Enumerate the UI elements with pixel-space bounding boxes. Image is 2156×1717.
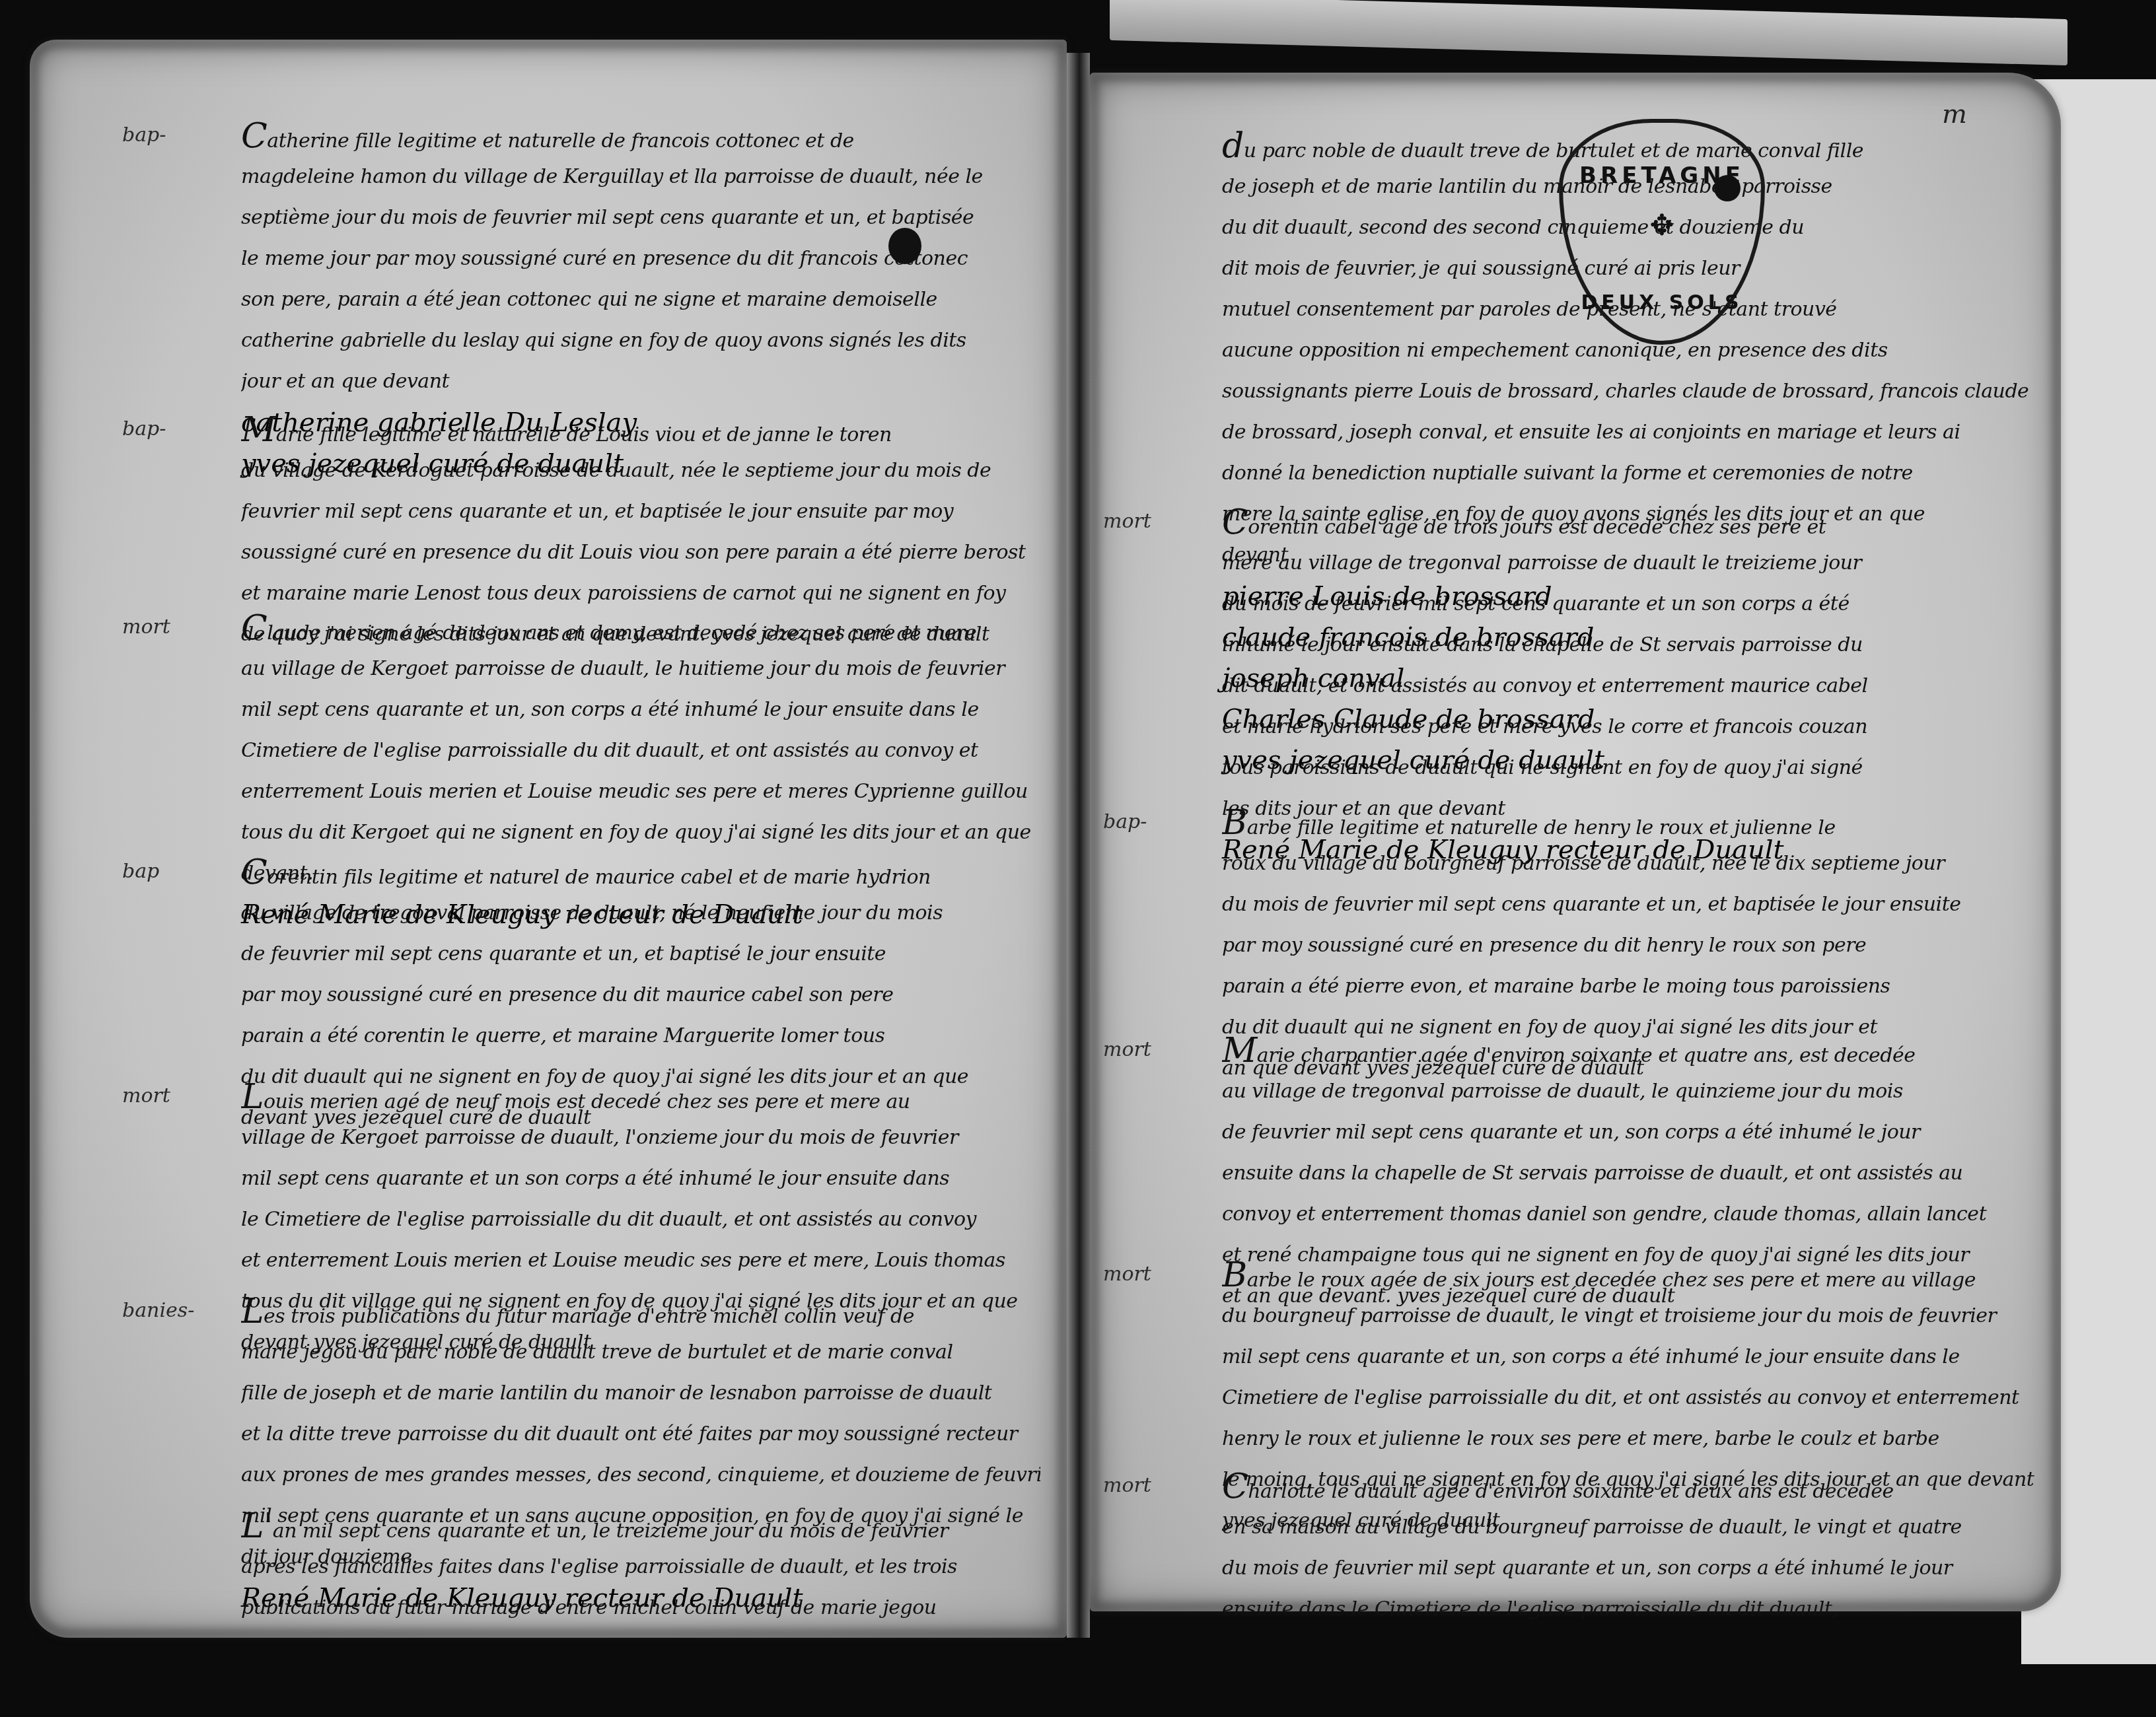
text-line: Barbe fille legitime et naturelle de hen… [1222, 802, 2034, 843]
text-line: par moy soussigné curé en presence du di… [241, 975, 1040, 1016]
text-line: mil sept cens quarante et un son corps a… [241, 1158, 1040, 1199]
entry-type-label: mort [1103, 510, 1151, 533]
entry-text: Charlotte le duault agée d'environ soixa… [1222, 1466, 2034, 1630]
text-line: aux prones de mes grandes messes, des se… [241, 1455, 1040, 1496]
text-line: mil sept cens quarante et un, son corps … [1222, 1337, 2034, 1378]
text-line: au village de tregonval parroisse de dua… [1222, 1071, 2034, 1112]
text-line: du mois de feuvrier mil sept cens quaran… [1222, 584, 2034, 625]
entry-type-label: mort [1103, 1474, 1151, 1497]
entry-type-label: mort [122, 615, 170, 639]
text-line: et la ditte treve parroisse du dit duaul… [241, 1414, 1040, 1455]
entry-type-label: banies- [122, 1299, 194, 1322]
entry-type-label: mort [1103, 1038, 1151, 1061]
text-line: tous paroissiens de duault qui ne signen… [1222, 748, 2034, 788]
text-line: soussigné curé en presence du dit Louis … [241, 532, 1040, 573]
text-line: enterrement Louis merien et Louise meudi… [241, 771, 1040, 812]
text-line: du village de Kerdoguet parroisse de dua… [241, 450, 1040, 491]
text-line: jour et an que devant [241, 361, 1040, 402]
text-line: ensuite dans la chapelle de St servais p… [1222, 1153, 2034, 1194]
text-line: Cimetiere de l'eglise parroissialle du d… [241, 730, 1040, 771]
binding-tab [1110, 0, 2067, 65]
stamp-bottom-text: DEUX SOLS [1563, 291, 1761, 314]
text-line: donné la benediction nuptialle suivant l… [1222, 453, 2034, 494]
text-line: Barbe le roux agée de six jours est dece… [1222, 1255, 2034, 1296]
text-line: feuvrier mil sept cens quarante et un, e… [241, 491, 1040, 532]
text-line: Cimetiere de l'eglise parroissialle du d… [1222, 1378, 2034, 1419]
text-line: catherine gabrielle du leslay qui signe … [241, 320, 1040, 361]
entry-text: L'an mil sept cens quarante et un, le tr… [241, 1506, 1040, 1629]
text-line: fille de joseph et de marie lantilin du … [241, 1373, 1040, 1414]
text-line: septième jour du mois de feuvrier mil se… [241, 197, 1040, 238]
text-line: mil sept cens quarante et un, son corps … [241, 689, 1040, 730]
text-line: du mois de feuvrier mil sept quarante et… [1222, 1548, 2034, 1589]
ink-blot [1714, 175, 1741, 201]
text-line: Marie fille legitime et naturelle de Lou… [241, 409, 1040, 450]
text-line: roux du village du bourgneuf parroisse d… [1222, 843, 2034, 884]
text-line: dit duault, et ont assistés au convoy et… [1222, 666, 2034, 707]
text-line: publications du futur mariage d'entre mi… [241, 1588, 1040, 1629]
entry-type-label: mort [122, 1084, 170, 1107]
text-line: et marie hydrion ses pere et mere yves l… [1222, 707, 2034, 748]
text-line: de brossard, joseph conval, et ensuite l… [1222, 412, 2034, 453]
text-line: tous du dit Kergoet qui ne signent en fo… [241, 812, 1040, 853]
text-line: du bourgneuf parroisse de duault, le vin… [1222, 1296, 2034, 1337]
text-line: Charlotte le duault agée d'environ soixa… [1222, 1466, 2034, 1507]
text-line: du mois de feuvrier mil sept cens quaran… [1222, 884, 2034, 925]
text-line: par moy soussigné curé en presence du di… [1222, 925, 2034, 966]
folio-mark: m [1942, 99, 1967, 129]
text-line: soussignants pierre Louis de brossard, c… [1222, 371, 2034, 412]
text-line: Marie charpantier agée d'environ soixant… [1222, 1030, 2034, 1071]
entry-type-label: bap- [1103, 810, 1147, 833]
text-line: parain a été corentin le querre, et mara… [241, 1016, 1040, 1057]
entry-type-label: mort [1103, 1263, 1151, 1286]
text-line: en sa maison au village du bourgneuf par… [1222, 1507, 2034, 1548]
entry-type-label: bap- [122, 123, 166, 147]
text-line: Louis merien agé de neuf mois est decedé… [241, 1076, 1040, 1117]
text-line: Catherine fille legitime et naturelle de… [241, 116, 1040, 157]
left-page: bap-Catherine fille legitime et naturell… [30, 40, 1067, 1638]
text-line: L'an mil sept cens quarante et un, le tr… [241, 1506, 1040, 1547]
text-line: de feuvrier mil sept cens quarante et un… [1222, 1112, 2034, 1153]
text-line: Les trois publications du futur mariage … [241, 1291, 1040, 1332]
text-line: mere au village de tregonval parroisse d… [1222, 543, 2034, 584]
text-line: le Cimetiere de l'eglise parroissialle d… [241, 1199, 1040, 1240]
text-line: village de Kergoet parroisse de duault, … [241, 1117, 1040, 1158]
tax-stamp: BRETAGNE ✥ DEUX SOLS [1559, 119, 1765, 345]
text-line: de feuvrier mil sept cens quarante et un… [241, 934, 1040, 975]
ermine-icon: ✥ [1563, 209, 1761, 242]
text-line: inhumé le jour ensuite dans la chapelle … [1222, 625, 2034, 666]
text-line: magdeleine hamon du village de Kerguilla… [241, 157, 1040, 197]
text-line: ensuite dans le Cimetiere de l'eglise pa… [1222, 1589, 2034, 1630]
text-line: marie jegou du parc noble de duault trev… [241, 1332, 1040, 1373]
text-line: apres les fiancailles faites dans l'egli… [241, 1547, 1040, 1588]
book-gutter [1067, 53, 1090, 1638]
text-line: Corentin cabel agé de trois jours est de… [1222, 502, 2034, 543]
text-line: et enterrement Louis merien et Louise me… [241, 1240, 1040, 1281]
text-line: du village de tregonval parroisse de dua… [241, 893, 1040, 934]
wax-seal [888, 228, 921, 264]
text-line: Corentin fils legitime et naturel de mau… [241, 852, 1040, 893]
text-line: Claude merien agé de deux ans et demy, e… [241, 608, 1040, 648]
text-line: convoy et enterrement thomas daniel son … [1222, 1194, 2034, 1235]
text-line: parain a été pierre evon, et maraine bar… [1222, 966, 2034, 1007]
text-line: au village de Kergoet parroisse de duaul… [241, 648, 1040, 689]
text-line: henry le roux et julienne le roux ses pe… [1222, 1419, 2034, 1459]
text-line: son pere, parain a été jean cottonec qui… [241, 279, 1040, 320]
entry-type-label: bap [122, 860, 159, 883]
entry-type-label: bap- [122, 417, 166, 440]
